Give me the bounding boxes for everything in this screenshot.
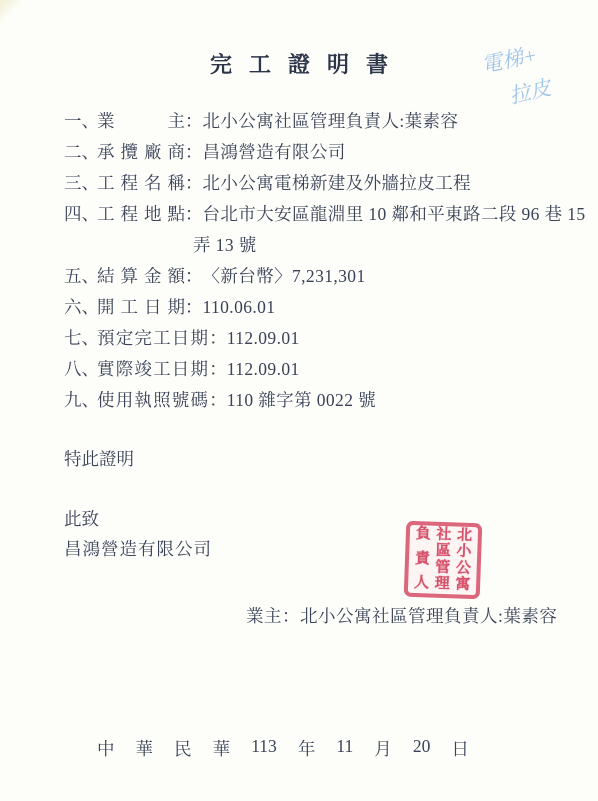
item-value: 北小公寓電梯新建及外牆拉皮工程 bbox=[203, 173, 472, 193]
item-number: 五、 bbox=[64, 261, 97, 292]
date-part: 華 bbox=[213, 736, 231, 761]
stamp-column-right: 北 小 公 寓 bbox=[455, 528, 472, 592]
stamp-char: 小 bbox=[456, 545, 472, 561]
item-project-location: 四、工程地點：台北市大安區龍淵里 10 鄰和平東路二段 96 巷 15 弄 13… bbox=[64, 199, 584, 261]
item-project-name: 三、工程名稱：北小公寓電梯新建及外牆拉皮工程 bbox=[64, 168, 584, 199]
item-value: 〈新台幣〉7,231,301 bbox=[203, 266, 366, 286]
item-colon: ： bbox=[185, 292, 203, 323]
item-label: 開工日期 bbox=[97, 292, 185, 323]
item-label: 工程名稱 bbox=[97, 168, 185, 199]
item-colon: ： bbox=[209, 354, 227, 385]
stamp-char: 負 bbox=[415, 527, 431, 543]
certificate-page: 完工證明書 電梯+ 拉皮 一、業主：北小公寓社區管理負責人:葉素容 二、承攬廠商… bbox=[0, 0, 598, 801]
item-value: 112.09.01 bbox=[227, 328, 300, 348]
item-value-continuation: 弄 13 號 bbox=[193, 230, 584, 261]
stamp-char: 責 bbox=[415, 552, 431, 568]
item-number: 八、 bbox=[64, 354, 97, 385]
item-number: 七、 bbox=[64, 323, 97, 354]
item-label: 結算金額 bbox=[97, 261, 185, 292]
date-part: 中 bbox=[97, 736, 115, 761]
item-number: 九、 bbox=[64, 385, 97, 416]
stamp-char: 區 bbox=[435, 544, 451, 560]
item-value: 110 雜字第 0022 號 bbox=[227, 390, 376, 410]
item-value: 110.06.01 bbox=[203, 297, 276, 317]
scan-corner-artifact bbox=[0, 0, 42, 34]
stamp-column-left: 負 責 人 bbox=[414, 527, 431, 591]
stamp-char: 人 bbox=[414, 576, 430, 592]
item-value: 112.09.01 bbox=[227, 359, 300, 379]
date-part: 日 bbox=[451, 736, 469, 761]
stamp-column-middle: 社 區 管 理 bbox=[434, 528, 451, 592]
date-part: 年 bbox=[298, 736, 316, 761]
item-contractor: 二、承攬廠商：昌鴻營造有限公司 bbox=[64, 137, 584, 168]
item-label: 工程地點 bbox=[97, 199, 185, 230]
date-part-month: 11 bbox=[336, 736, 353, 761]
item-number: 一、 bbox=[64, 106, 97, 137]
stamp-char: 管 bbox=[435, 560, 451, 576]
item-settlement-amount: 五、結算金額：〈新台幣〉7,231,301 bbox=[64, 261, 584, 292]
salutation: 此致 bbox=[64, 506, 99, 531]
certificate-items: 一、業主：北小公寓社區管理負責人:葉素容 二、承攬廠商：昌鴻營造有限公司 三、工… bbox=[64, 106, 584, 416]
item-value: 北小公寓社區管理負責人:葉素容 bbox=[203, 111, 459, 131]
item-planned-completion-date: 七、預定完工日期：112.09.01 bbox=[64, 323, 584, 354]
item-label: 承攬廠商 bbox=[97, 137, 185, 168]
date-part-year: 113 bbox=[251, 736, 277, 761]
item-label: 使用執照號碼 bbox=[97, 385, 209, 416]
item-actual-completion-date: 八、實際竣工日期：112.09.01 bbox=[64, 354, 584, 385]
stamp-char: 理 bbox=[434, 577, 450, 593]
item-value: 昌鴻營造有限公司 bbox=[203, 142, 346, 162]
closing-statement: 特此證明 bbox=[64, 446, 134, 471]
item-number: 二、 bbox=[64, 137, 97, 168]
item-colon: ： bbox=[185, 199, 203, 230]
recipient-company: 昌鴻營造有限公司 bbox=[64, 536, 212, 561]
date-part: 民 bbox=[174, 736, 192, 761]
item-label: 預定完工日期 bbox=[97, 323, 209, 354]
date-part-day: 20 bbox=[413, 736, 431, 761]
item-label: 業主 bbox=[97, 106, 185, 137]
item-colon: ： bbox=[209, 323, 227, 354]
owner-signature-line: 業主：北小公寓社區管理負責人:葉素容 bbox=[246, 603, 557, 628]
date-part: 月 bbox=[374, 736, 392, 761]
item-colon: ： bbox=[185, 261, 203, 292]
stamp-char: 社 bbox=[436, 528, 452, 544]
item-value: 台北市大安區龍淵里 10 鄰和平東路二段 96 巷 15 bbox=[203, 204, 586, 224]
roc-date-line: 中 華 民 華 113 年 11 月 20 日 bbox=[97, 736, 469, 761]
item-usage-license-number: 九、使用執照號碼：110 雜字第 0022 號 bbox=[64, 385, 584, 416]
stamp-char: 公 bbox=[456, 561, 472, 577]
item-colon: ： bbox=[209, 385, 227, 416]
stamp-char: 寓 bbox=[455, 577, 471, 593]
item-colon: ： bbox=[185, 137, 203, 168]
stamp-char: 北 bbox=[457, 528, 473, 544]
date-part: 華 bbox=[136, 736, 154, 761]
item-label: 實際竣工日期 bbox=[97, 354, 209, 385]
item-number: 四、 bbox=[64, 199, 97, 230]
item-owner: 一、業主：北小公寓社區管理負責人:葉素容 bbox=[64, 106, 584, 137]
item-number: 三、 bbox=[64, 168, 97, 199]
red-seal-stamp: 北 小 公 寓 社 區 管 理 負 責 人 bbox=[404, 521, 483, 600]
item-number: 六、 bbox=[64, 292, 97, 323]
item-start-date: 六、開工日期：110.06.01 bbox=[64, 292, 584, 323]
item-colon: ： bbox=[185, 168, 203, 199]
item-colon: ： bbox=[185, 106, 203, 137]
